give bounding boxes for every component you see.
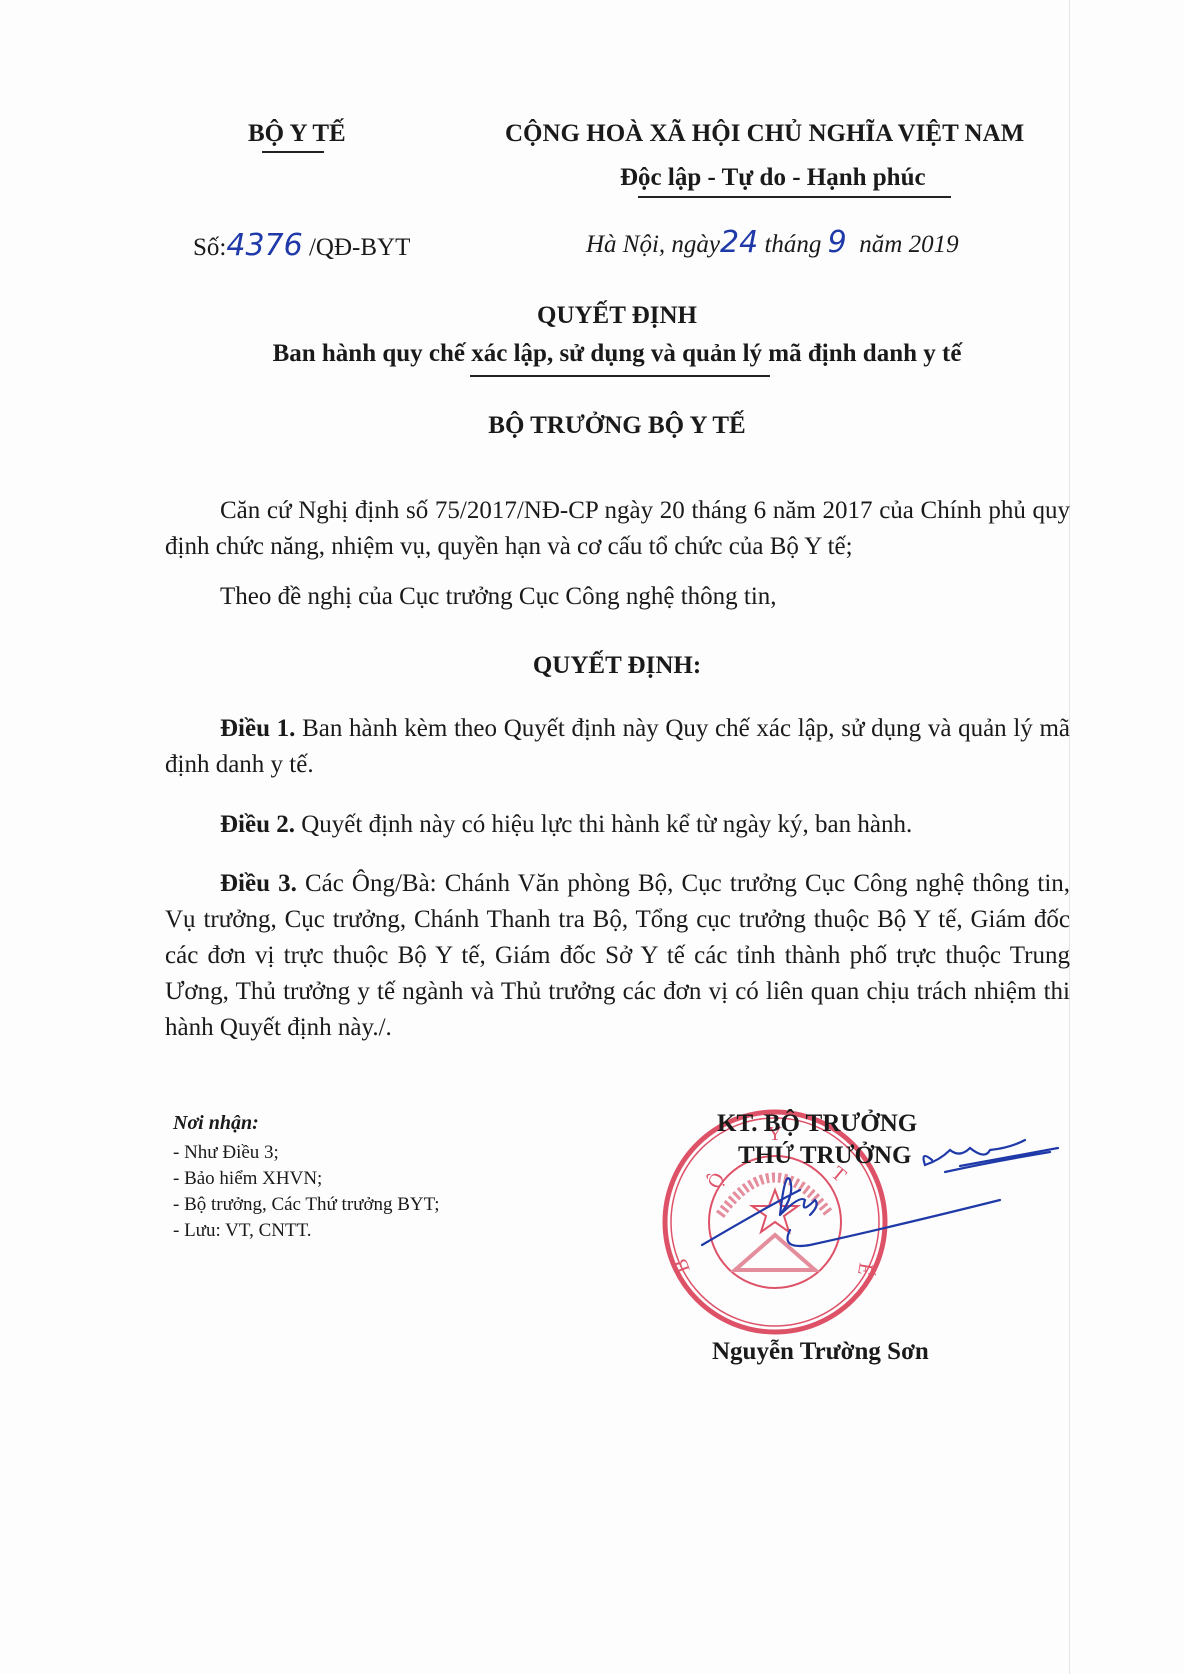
svg-text:Ộ: Ộ bbox=[702, 1168, 730, 1193]
signer-name: Nguyễn Trường Sơn bbox=[712, 1338, 929, 1366]
signature-title-line1: KT. BỘ TRƯỞNG bbox=[717, 1110, 917, 1138]
stamp-and-signature: Ộ Y T Ế B bbox=[0, 0, 1184, 1674]
signature-title-line2: THỨ TRƯỞNG bbox=[738, 1142, 911, 1170]
